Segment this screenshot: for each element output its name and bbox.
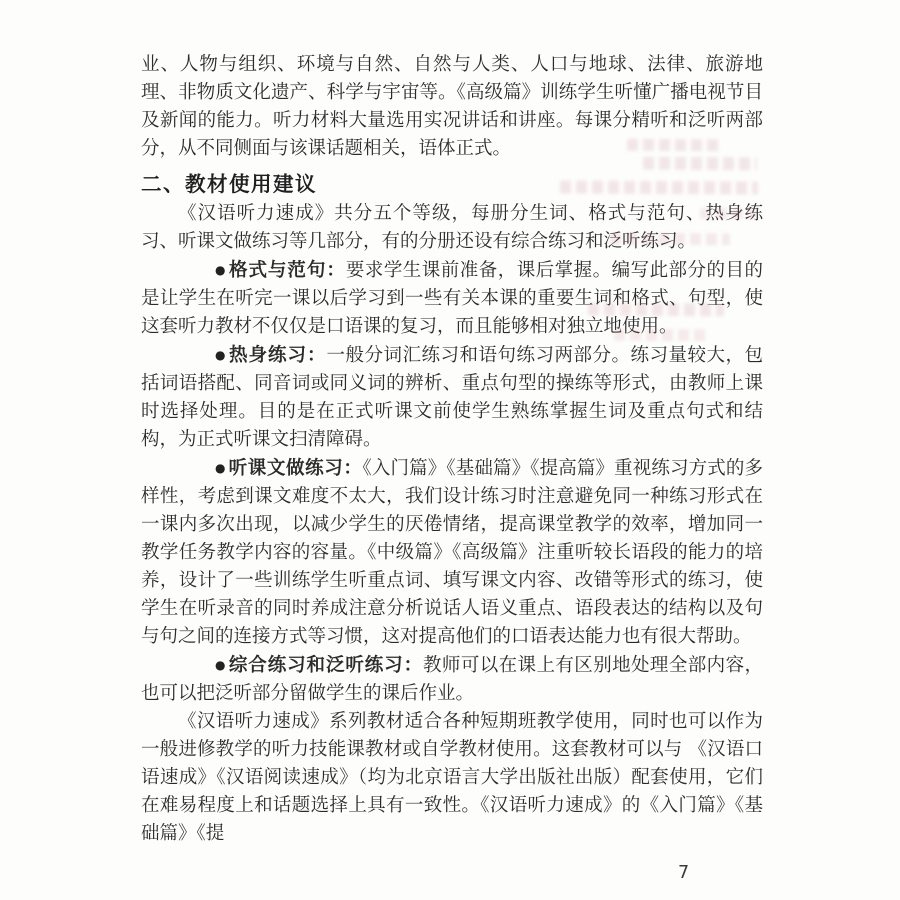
- bullet-label: 热身练习：: [228, 345, 326, 366]
- bullet-item-warmup-exercises: ●热身练习：一般分词汇练习和语句练习两部分。练习量较大，包括词语搭配、同音词或同…: [141, 341, 763, 454]
- page-text-block: 业、人物与组织、环境与自然、自然与人类、人口与地球、法律、旅游地理、非物质文化遗…: [141, 51, 763, 848]
- ink-showthrough: [610, 233, 730, 246]
- ink-showthrough: [643, 157, 757, 171]
- bullet-icon: ●: [178, 651, 225, 679]
- bullet-label: 综合练习和泛听练习：: [228, 655, 423, 676]
- paragraph-closing: 《汉语听力速成》系列教材适合各种短期班教学使用，同时也可以作为一般进修教学的听力…: [141, 708, 763, 848]
- bullet-label: 听课文做练习：: [228, 458, 362, 479]
- bullet-item-text-listening-exercises: ●听课文做练习：《入门篇》《基础篇》《提高篇》重视练习方式的多样性，考虑到课文难…: [141, 454, 763, 651]
- ink-showthrough: [588, 303, 724, 317]
- ink-showthrough: [700, 208, 756, 219]
- ink-showthrough: [627, 139, 723, 152]
- bullet-icon: ●: [178, 454, 225, 482]
- ink-showthrough: [614, 329, 710, 342]
- bullet-text: 《入门篇》《基础篇》《提高篇》重视练习方式的多样性，考虑到课文难度不太大，我们设…: [141, 458, 763, 647]
- page-number: 7: [678, 863, 689, 883]
- bullet-label: 格式与范句：: [228, 260, 345, 281]
- ink-showthrough: [560, 180, 758, 194]
- bullet-icon: ●: [178, 341, 225, 369]
- paragraph-section-intro: 《汉语听力速成》共分五个等级，每册分生词、格式与范句、热身练习、听课文做练习等几…: [141, 200, 763, 256]
- book-page: 业、人物与组织、环境与自然、自然与人类、人口与地球、法律、旅游地理、非物质文化遗…: [0, 0, 900, 900]
- bullet-icon: ●: [178, 256, 225, 284]
- bullet-item-comprehensive-and-extensive: ●综合练习和泛听练习：教师可以在课上有区别地处理全部内容，也可以把泛听部分留做学…: [141, 651, 763, 708]
